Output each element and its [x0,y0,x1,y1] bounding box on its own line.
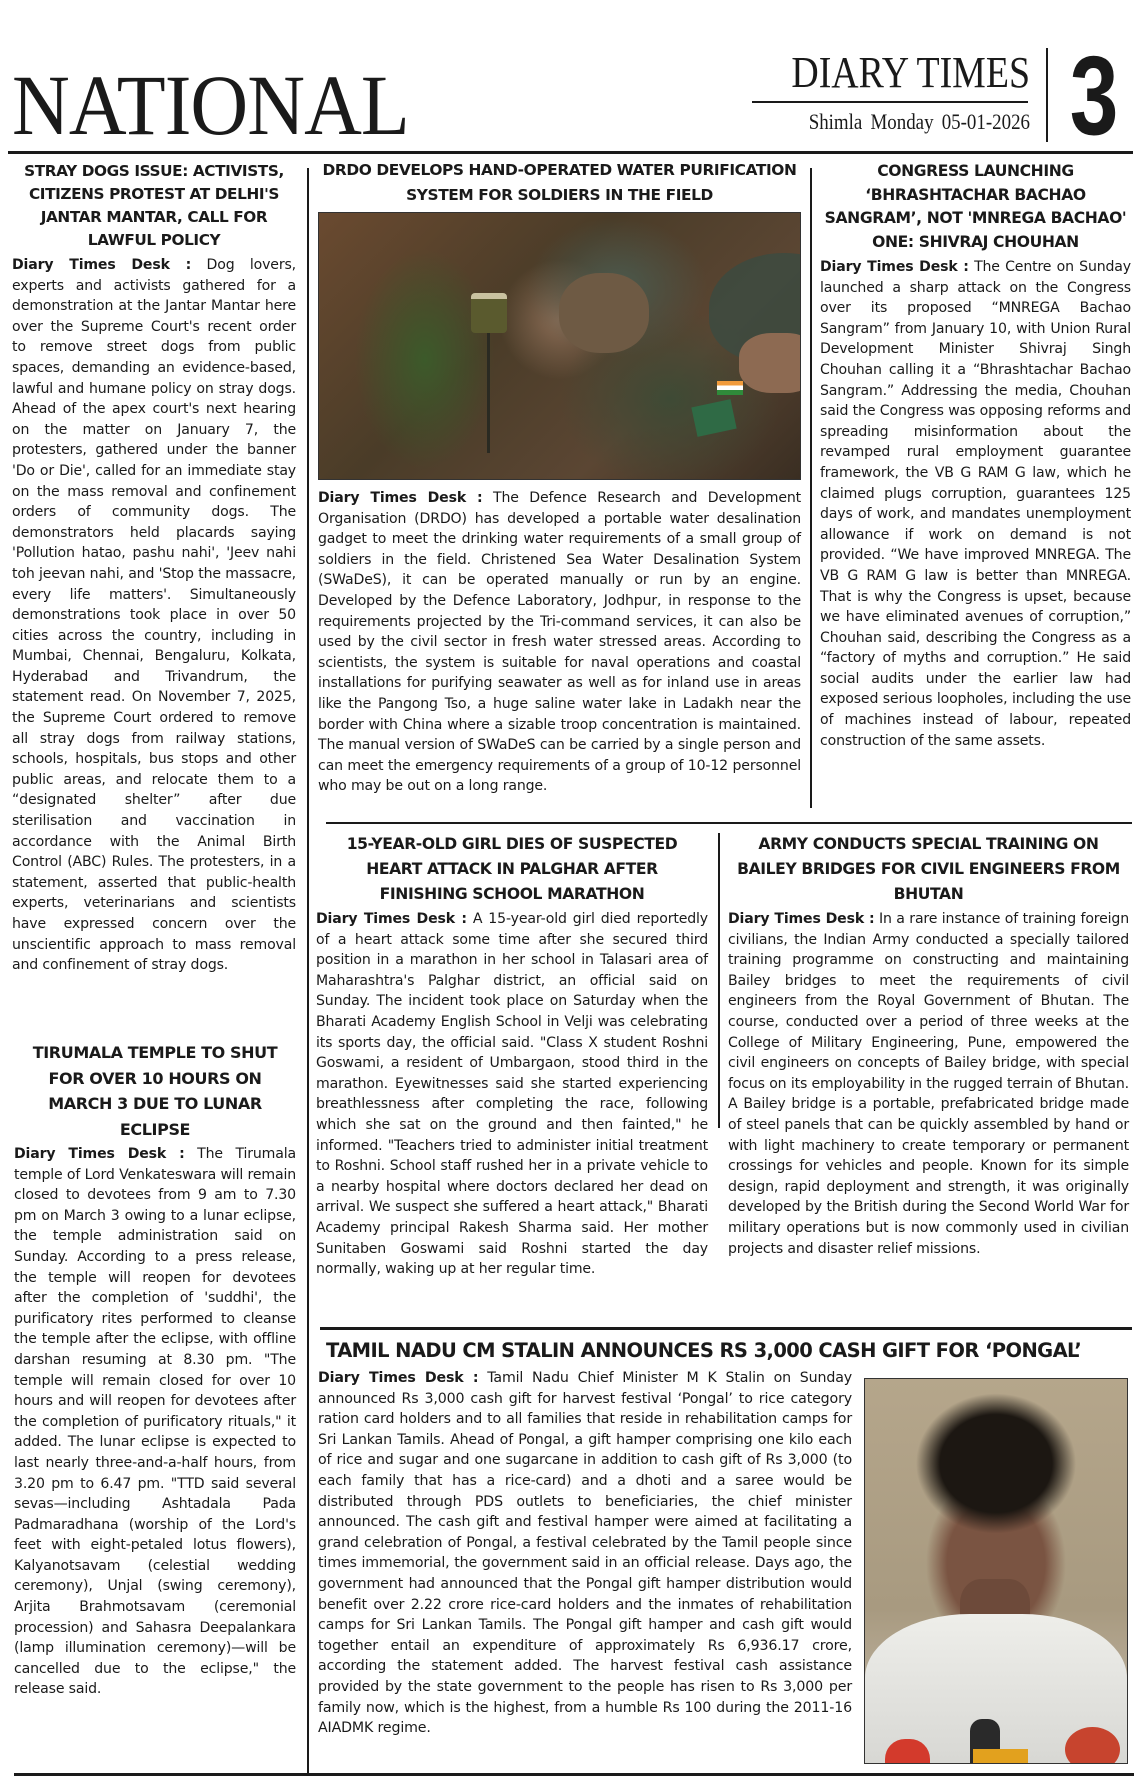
headline: DRDO DEVELOPS HAND-OPERATED WATER PURIFI… [318,158,801,208]
article-pongal: TAMIL NADU CM STALIN ANNOUNCES RS 3,000 … [318,1336,1130,1739]
article-body: Diary Times Desk : The Defence Research … [318,488,801,797]
article-body: Diary Times Desk : The Tirumala temple o… [14,1144,296,1700]
byline: Diary Times Desk : [316,911,467,927]
column-divider-middle-lower [718,833,720,1128]
article-text: Dog lovers, experts and activists gather… [12,257,296,973]
article-body: Diary Times Desk : Tamil Nadu Chief Mini… [318,1368,852,1739]
article-text: The Centre on Sunday launched a sharp at… [820,259,1131,749]
headline: STRAY DOGS ISSUE: ACTIVISTS, CITIZENS PR… [12,160,296,252]
headline: ARMY CONDUCTS SPECIAL TRAINING ON BAILEY… [728,832,1129,907]
headline: 15-YEAR-OLD GIRL DIES OF SUSPECTED HEART… [316,832,708,907]
stalin-portrait-photo [864,1378,1128,1764]
column-divider-left [307,168,309,1774]
article-body: Diary Times Desk : In a rare instance of… [728,909,1129,1259]
paper-name: DIARY TIMES [787,50,1030,96]
masthead-divider [1046,48,1048,142]
article-drdo: DRDO DEVELOPS HAND-OPERATED WATER PURIFI… [318,158,801,797]
byline: Diary Times Desk : [318,1370,478,1386]
byline: Diary Times Desk : [728,911,874,927]
masthead: NATIONAL DIARY TIMES Shimla Monday 05-01… [0,0,1140,152]
microphone-icon [1065,1727,1120,1764]
column-divider-right-top [810,168,812,808]
section-rule-lower [320,1327,1132,1330]
article-text: In a rare instance of training foreign c… [728,911,1129,1257]
section-rule-middle [326,822,1132,824]
article-body: Diary Times Desk : A 15-year-old girl di… [316,909,708,1280]
article-body: Diary Times Desk : The Centre on Sunday … [820,257,1131,751]
byline: Diary Times Desk : [14,1146,185,1162]
page-number: 3 [1063,44,1125,148]
header-rule [8,151,1133,154]
article-text: The Tirumala temple of Lord Venkateswara… [14,1146,296,1697]
article-body: Diary Times Desk : Dog lovers, experts a… [12,255,296,976]
article-army-bhutan: ARMY CONDUCTS SPECIAL TRAINING ON BAILEY… [728,832,1129,1259]
article-palghar: 15-YEAR-OLD GIRL DIES OF SUSPECTED HEART… [316,832,708,1280]
headline: CONGRESS LAUNCHING ‘BHRASHTACHAR BACHAO … [820,160,1131,254]
dateline: Shimla Monday 05-01-2026 [738,110,1030,134]
headline: TIRUMALA TEMPLE TO SHUT FOR OVER 10 HOUR… [14,1040,296,1142]
byline: Diary Times Desk : [318,490,482,506]
footer-rule [14,1773,1134,1776]
drdo-soldiers-photo [318,212,801,480]
article-text: The Defence Research and Development Org… [318,490,801,794]
article-congress: CONGRESS LAUNCHING ‘BHRASHTACHAR BACHAO … [820,160,1131,751]
byline: Diary Times Desk : [820,259,969,275]
article-text: Tamil Nadu Chief Minister M K Stalin on … [318,1370,852,1736]
purification-device [471,293,507,333]
article-tirumala: TIRUMALA TEMPLE TO SHUT FOR OVER 10 HOUR… [14,1040,296,1700]
masthead-rule [752,101,1028,103]
indian-flag-patch [717,381,743,395]
byline: Diary Times Desk : [12,257,191,273]
headline: TAMIL NADU CM STALIN ANNOUNCES RS 3,000 … [318,1336,1130,1366]
article-text: A 15-year-old girl died reportedly of a … [316,911,708,1277]
section-title: NATIONAL [12,62,409,148]
article-stray-dogs: STRAY DOGS ISSUE: ACTIVISTS, CITIZENS PR… [12,160,296,976]
